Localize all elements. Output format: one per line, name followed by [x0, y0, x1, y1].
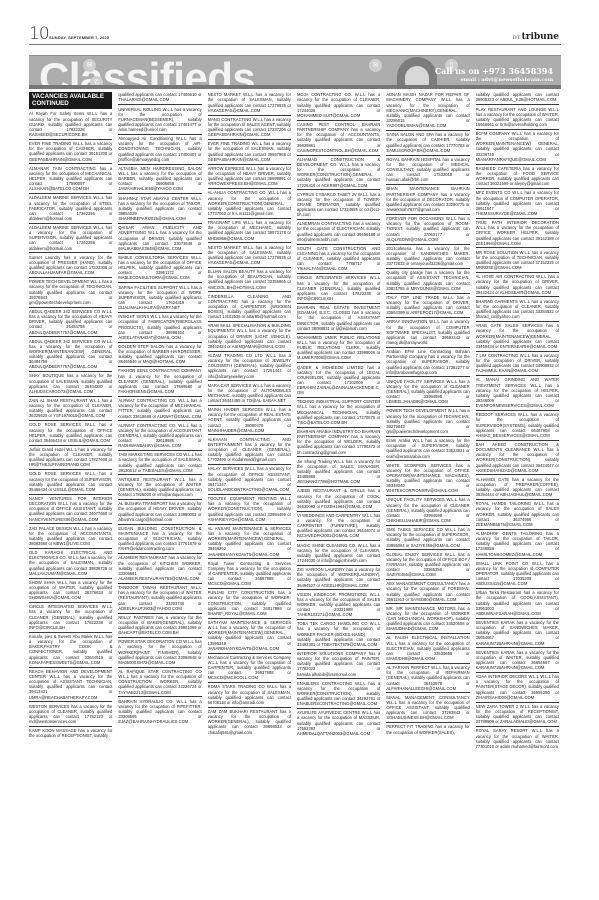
classified-ad: BAHRAIN ARABIA INDUSTRY CO BAHRAIN PARTN…	[297, 427, 380, 457]
classified-ad: CASINO PEST CONTROL- BAHRAIN PARTNERSHIP…	[297, 120, 380, 155]
classified-ad: ROYAL HANDS TAILORING W.L.L has a vacanc…	[476, 499, 559, 529]
classified-ad: Urban Tarka Restaurant has a vacancy for…	[476, 588, 559, 618]
classified-ad: Arabian EFW Line Contracting Bahrain Par…	[386, 347, 469, 377]
classified-ad: ROYAL SARAY RESORT W.L.L has a vacancy f…	[476, 726, 559, 751]
classified-ad: qualified applicants can contact 1740661…	[118, 91, 201, 104]
ad-list: Al Rayah For Safety Items W.L.L has a va…	[29, 110, 112, 740]
classified-ad: TOBA TEK CARGO HANDLING CO W.L.L has a v…	[297, 619, 380, 649]
classified-ad: FRAGRANT LIFE W.L.L has a vacancy for th…	[208, 218, 291, 243]
contact-email[interactable]: email : advt@newsofbahrain.com	[461, 77, 553, 83]
brand-name: tribune	[522, 32, 559, 42]
classifieds-columns: VACANCIES AVAILABLE CONTINUED Al Rayah F…	[29, 91, 561, 896]
classified-ad: ALNEMRAN CONTRACTING has a vacancy for t…	[297, 219, 380, 244]
classified-ad: SAINA SALON AND SPA has a vacancy for th…	[386, 130, 469, 155]
classified-ad: ITALY TOP LINE TRADE W.L.L has a vacancy…	[386, 293, 469, 318]
classified-ad: TANDOOR TAWAH RESTAURANT W.L.L has a vac…	[118, 583, 201, 613]
classified-ad: UNIQUE FACILITY SERVICES W.L.L has a vac…	[386, 376, 469, 406]
classified-ad: PUNJAB CITY CONSTRUCTION has a vacancy f…	[208, 588, 291, 618]
classified-ad: Jie Shang Trading W.L.L has a vacancy fo…	[297, 456, 380, 486]
classified-ad: AL-AHLIA CONTRACTING CO. W.L.L has a vac…	[208, 188, 291, 218]
classified-ad: OLD KARACHI ELECTRICAL AND ELECTRONICS C…	[29, 548, 112, 578]
classified-ad: GLOBAL ENJOY SERVICES W.L.L has a vacanc…	[386, 549, 469, 579]
classified-ad: CYPRUS CYBARCO TABET JV W.L.L has a vaca…	[297, 189, 380, 219]
classified-ad: suitably qualified applicants can contac…	[476, 91, 559, 104]
classified-ad: PLAY RESTAURANT AND LOUNGE W.L.L has a v…	[476, 104, 559, 129]
classified-ad: UNIVERSAL ROLLING W.L.L has a vacancy fo…	[118, 104, 201, 134]
classified-ad: NEW ZARA TOWER 2 W.L.L has a vacancy for…	[476, 702, 559, 727]
classifieds-banner: Classifieds ✉ ✆ ✉ ▯ Call us on +973 3645…	[29, 55, 561, 89]
classified-ad: INSIGHT SIGNS W.L.L has a vacancy for th…	[118, 312, 201, 342]
contact-phone[interactable]: Call us on +973 36458394	[435, 66, 553, 76]
classified-ad: AL MANAI GRINDING AND WATER TREATMENT SE…	[476, 375, 559, 410]
brand-logo: DTtribune	[513, 32, 560, 42]
classified-ad: MABLE CONSULTORIA SERVICES W.L.L has a v…	[118, 253, 201, 283]
classified-ad: CINDERELLA CLEANING AND CONTRACTING has …	[208, 291, 291, 321]
classified-ad: CIRCLE INTEGRATED SERVICES W.L.L has a v…	[29, 602, 112, 632]
classified-ad: NELLY PASTRIES has a vacancy for the occ…	[118, 613, 201, 638]
classified-ad: Juffair Grand Hotel W.L.L has a vacancy …	[29, 445, 112, 470]
classified-ad: BCFM COMPANY W.L.L has a vacancy for the…	[476, 129, 559, 164]
classified-ad: REDDOT SERVICES W.L.L has a vacancy for …	[476, 410, 559, 440]
classified-ad: KAMP KOON MASSAGE has a vacancy for the …	[29, 726, 112, 740]
classified-ad: WESTON SERVICES has a vacancy for the oc…	[29, 701, 112, 726]
classified-ad: Sunset Laundry has a vacancy for the occ…	[29, 252, 112, 277]
classified-ad: BAHRAIN REAL ESTATE INVESTMENT (EDAMAH) …	[297, 303, 380, 333]
column-6: suitably qualified applicants can contac…	[476, 91, 561, 896]
classified-ad: Konafa, pies & Sweets Abu Malek W.L.L ha…	[29, 632, 112, 667]
classified-ad: ALMADHOF GENTS TAILORING has a vacancy f…	[476, 529, 559, 559]
mail-icon: ✉	[369, 59, 382, 72]
classified-ad: BAHRAIN HYDRAULIC CO. W.L.L has a vacanc…	[118, 696, 201, 726]
mail-icon: ✉	[83, 59, 96, 72]
classified-ad: SMALL LINK POINT CO W.L.L has a vacancy …	[476, 558, 559, 588]
classified-ad: MANAL MANAGEMENT CONSULTANCY W.L.L has a…	[386, 692, 469, 722]
classified-ad: VISION KINDECOR PROMOTIONS W.L.L has a v…	[297, 589, 380, 619]
classified-ad: GOLD ROSE SERVICES W.L.L has a vacancy f…	[29, 420, 112, 445]
classified-ad: QADER & MOHEEDE LIMITED has a vacancy fo…	[297, 362, 380, 397]
classified-ad: ALDALEEM MARINE SERVICES W.L.L has a vac…	[29, 193, 112, 223]
classified-ad: MR ROSE SOLUTION W.L.L has a vacancy for…	[476, 247, 559, 272]
classified-ad: Al Rayah For Safety Items W.L.L has a va…	[29, 110, 112, 139]
classified-ad: MR. MR MAINTENANCE MOTORS has a vacancy …	[386, 603, 469, 633]
classified-ad: MAGIC SHINE CLEANING CO. W.L.L has a vac…	[297, 540, 380, 565]
classified-ad: TRUE PATH INTERIOR DECORATION W.L.L has …	[476, 218, 559, 248]
page-number: 10	[29, 26, 49, 43]
classified-ad: Quality city garage has a vacancy for th…	[386, 268, 469, 293]
classified-ad: AYURLIFE AYURVEDIC CENTRE W.L.L has a va…	[297, 708, 380, 738]
classified-ad: 2014cafeteria has a vacancy for the occu…	[386, 244, 469, 269]
classified-ad: ARAB SKILL SPECIALISATION & BUILDING EQU…	[208, 321, 291, 351]
classified-ad: ADAA INTERIOR DECORS W.L.L W.L.L has a v…	[476, 672, 559, 702]
classified-ad: SEVENTIES KARAK has a vacancy for the oc…	[476, 647, 559, 672]
classified-ad: ABDUL QADEER 342 SERVICES CO W.L.L has a…	[29, 336, 112, 371]
classified-ad: ZAIN AL SHAM RESTAURANT W.L.L has a vaca…	[29, 396, 112, 421]
classified-ad: BHARAD GARMENTS W.L.L has a vacancy for …	[476, 296, 559, 321]
classified-ad: AL ANSARI MAINTENANCE & SERVICES has a v…	[208, 524, 291, 559]
classified-ad: GOLDEN STEP SALON has a vacancy for the …	[118, 342, 201, 367]
classified-ad: 7 LIM CONTRACTING W.L.L has a vacancy fo…	[476, 351, 559, 376]
classified-ad: ABDUL QADEER 342 SERVICES CO W.L.L has a…	[29, 307, 112, 337]
classified-ad: NESTO MARKET W.L.L has a vacancy for the…	[208, 242, 291, 267]
classified-ad: ALZAM TRADING CO LTD W.L.L has a vacancy…	[208, 351, 291, 381]
classified-ad: WHITE SCORPION SERVICES has a vacancy fo…	[386, 460, 469, 495]
section-heading: VACANCIES AVAILABLE CONTINUED	[29, 92, 112, 109]
column-4: MOJA CONTRACTING CO. W.L.L has a vacancy…	[297, 91, 383, 896]
classified-ad: TECHNO INDUSTRIAL SUPPORT CENTER W.L.L h…	[297, 397, 380, 427]
classified-ad: MFZ EVENTS CO W.L.L has a vacancy for th…	[476, 188, 559, 218]
classified-ad: UNIQUE FACILITY SERVICES W.L.L has a vac…	[386, 495, 469, 525]
classified-ad: Mechanical Contracting & Services Compan…	[208, 653, 291, 683]
classified-ad: NESTO MARKET W.L.L has a vacancy for the…	[208, 91, 291, 115]
classified-ad: ALDALEEM MARINE SERVICES W.L.L has a vac…	[29, 223, 112, 253]
classified-ad: GOLD ROSE SERVICES W.L.L has a vacancy f…	[29, 469, 112, 494]
classified-ad: MANO CONTRACTING W.L.L has a vacancy for…	[208, 115, 291, 140]
classified-ad: INTERIOR SOLUTIONS COMPANY has a vacancy…	[297, 649, 380, 679]
column-1: VACANCIES AVAILABLE CONTINUED Al Rayah F…	[29, 91, 115, 896]
classified-ad: MAINH HAIDER SERVICES W.L.L has a vacanc…	[208, 405, 291, 435]
classified-ad: SHOW SHHA W.L.L has a vacancy for the oc…	[29, 578, 112, 603]
classified-ad: ELUAN SALON BEAUTY has a vacancy for the…	[208, 267, 291, 292]
classified-ad: ALKHAAN CONTRACTING AND ENTERTAINMENT ha…	[208, 434, 291, 464]
classified-ad: ARAB GATE SALES SERVICES has a vacancy f…	[476, 321, 559, 351]
classified-ad: BAH AKEED CONSTRUCTION & DOCUMENTS CLEAR…	[476, 440, 559, 475]
classified-ad: ZAM ZAM BUKHARI RESTAURANT has a vacancy…	[208, 707, 291, 737]
classified-ad: MOHAMMED UMER PUBLIC RELATIONS W.L.L has…	[297, 333, 380, 363]
classified-ad: QAISAR AWAN PUBLICITY AND ADVERTISING W.…	[118, 223, 201, 253]
classified-ad: MARA CAR SERVICES W.L.L has a vacancy fo…	[208, 380, 291, 405]
classified-ad: Eram Arabia W.L.L has a vacancy for the …	[386, 436, 469, 461]
classified-ad: ARRAY INNOVATION W.L.L has a vacancy for…	[386, 317, 469, 347]
classified-ad: ALMANAR TAIN CONTRACTING has a vacancy f…	[29, 163, 112, 193]
classified-ad: CIRCLE INTEGRATED SERVICES W.L.L has a v…	[297, 273, 380, 303]
classified-ad: VI WEDDINGS AND CARPENTRY W.L.L has a va…	[297, 511, 380, 541]
classified-ad: MOJA CONTRACTING CO. W.L.L has a vacancy…	[297, 91, 380, 120]
ad-list: MOJA CONTRACTING CO. W.L.L has a vacancy…	[297, 91, 380, 738]
classified-ad: SAFINA FACILITIES SUPPORT W.L.L has a va…	[118, 282, 201, 312]
classified-ad: FAKHOR SENS CONTRACTING COMPANY has a va…	[118, 366, 201, 396]
classified-ad: AL HOSE AIR CONTRACTING W.L.L has a vaca…	[476, 272, 559, 297]
ad-list: NESTO MARKET W.L.L has a vacancy for the…	[208, 91, 291, 736]
classified-ad: ABX MANAGEMENT CONSULTANCY has a vacancy…	[386, 579, 469, 604]
classified-ad: ZAD PALACE DESIGN W.L.L has a vacancy fo…	[29, 523, 112, 548]
classified-ad: POWER TECH DEVELOPMENT W.L.L has a vacan…	[29, 277, 112, 307]
classified-ad: HALAY SERVICES W.L.L has a vacancy for t…	[208, 464, 291, 494]
ad-list: suitably qualified applicants can contac…	[476, 91, 559, 751]
classified-ad: AL RAFIQUE STAR CONTRACTING CO W.L.L has…	[118, 667, 201, 697]
classified-ad: AJEEB RESTAURANT & GRILLS has a vacancy …	[297, 486, 380, 511]
column-2: qualified applicants can contact 1740661…	[118, 91, 204, 896]
classified-ad: NANCY VENTURES FOR INTERIOR DECORATION W…	[29, 494, 112, 524]
classified-ad: ANTIQUES RESTAURANT W.L.L has a vacancy …	[118, 474, 201, 499]
classified-ad: ADNAN MASIH NAZAR FOR REPAIR OF MACHINER…	[386, 91, 469, 130]
classified-ad: ALRWAT CONTRACTING CO. W.L.L has a vacan…	[118, 420, 201, 450]
page-masthead: 10 SUNDAY, SEPTEMBER 7, 2025 DTtribune	[29, 26, 561, 45]
classified-ad: AL FALEH ELECTRICAL INSTALLATION W.L.L h…	[386, 633, 469, 663]
classified-ad: POWER STAR DECORATION CO W.L.L has a vac…	[118, 637, 201, 667]
classified-ad: RASHEED CAFETERIA has a vacancy for the …	[476, 164, 559, 189]
classified-ad: ELIDAN BUILDING CONSTRUCTION & MAINTENAN…	[118, 524, 201, 554]
classified-ad: ALAMEER RESTAURANT has a vacancy for the…	[118, 553, 201, 583]
classified-ad: ALHAMAD CONSTRUCTION & DEVELOPMENT CO. W…	[297, 155, 380, 190]
classified-ad: SOUTH GATE CONSTRUCTION AND CLEANING has…	[297, 244, 380, 274]
classified-ad: ALRWAT CONTRACTING CO. W.L.L has a vacan…	[118, 396, 201, 421]
classified-ad: Almoayyed Air Conditioning W.L.L has a v…	[118, 134, 201, 164]
classified-ad: TOOLTEK EQUIPMENT RENTING W.L.L has a va…	[208, 494, 291, 524]
classified-ad: ARROW EXPRESS W.L.L has a vacancy for th…	[208, 164, 291, 189]
classified-ad: PERFECT FIT TRADING has a vacancy for th…	[386, 722, 469, 736]
classified-ad: SMS TASKS SERVICES CO W.L.L has a vacanc…	[386, 525, 469, 550]
classified-ad: ROYAL BAHRAIN HOSPITAL has a vacancy for…	[386, 155, 469, 185]
ad-list: qualified applicants can contact 1740661…	[118, 91, 201, 726]
classified-ad: AL FARHAN PERFECT W.L.L has a vacancy fo…	[386, 663, 469, 693]
classified-ad: TABI MARKETING SERVICES CO W.L.L has a v…	[118, 450, 201, 475]
classified-ad: ZIG HAROON LAUNDRY has a vacancy for the…	[297, 565, 380, 590]
classified-ad: FOREVER FOR OCCASIONS W.L.L has a vacanc…	[386, 214, 469, 244]
column-5: ADNAN MASIH NAZAR FOR REPAIR OF MACHINER…	[386, 91, 472, 896]
classified-ad: ROMA STARS TRADING CO W.L.L has a vacanc…	[208, 682, 291, 707]
classified-ad: EVER FINE TRADING W.L.L has a vacancy fo…	[208, 139, 291, 164]
ad-list: ADNAN MASIH NAZAR FOR REPAIR OF MACHINER…	[386, 91, 469, 736]
banner-strip	[29, 85, 561, 89]
classified-ad: SHAY BOUTIQUE has a vacancy for the occu…	[29, 371, 112, 396]
classified-ad: EVER FINE TRADING W.L.L has a vacancy fo…	[29, 139, 112, 164]
publication-date: SUNDAY, SEPTEMBER 7, 2025	[49, 35, 109, 40]
classified-ad: REACH BEHAVIOR AND DEVELOPMENT CENTER W.…	[29, 667, 112, 702]
classified-ad: POWER TECH DEVELOPMENT W.L.L has a vacan…	[386, 406, 469, 436]
classified-ad: SEVENTIES KARAK has a vacancy for the oc…	[476, 618, 559, 648]
classified-ad: SHAHNAZ STAR ABAYAS CENTER W.L.L has a v…	[118, 193, 201, 223]
brand-mark-icon: DT	[513, 35, 521, 41]
classified-ad: AL BUSHRA TRANSPORT has a vacancy for th…	[118, 499, 201, 524]
classified-ad: ALHAMIDI GATE has a vacancy for the occu…	[476, 474, 559, 499]
classified-ad: ALTASBIA MEN HAIRDRESSING SALON W.L.L ha…	[118, 164, 201, 194]
classified-ad: SATHYAM MAINTENANCE & SERVICES W.L.L has…	[208, 618, 291, 653]
classified-ad: Royal Tower Contracting & Services Compa…	[208, 558, 291, 588]
classified-ad: ENABLERS CONTRACTING W.L.L has a vacancy…	[297, 678, 380, 708]
column-3: NESTO MARKET W.L.L has a vacancy for the…	[208, 91, 294, 896]
classified-ad: BHAN MAINTENANCE BAHRAIN PARTNERSHIP COM…	[386, 184, 469, 214]
